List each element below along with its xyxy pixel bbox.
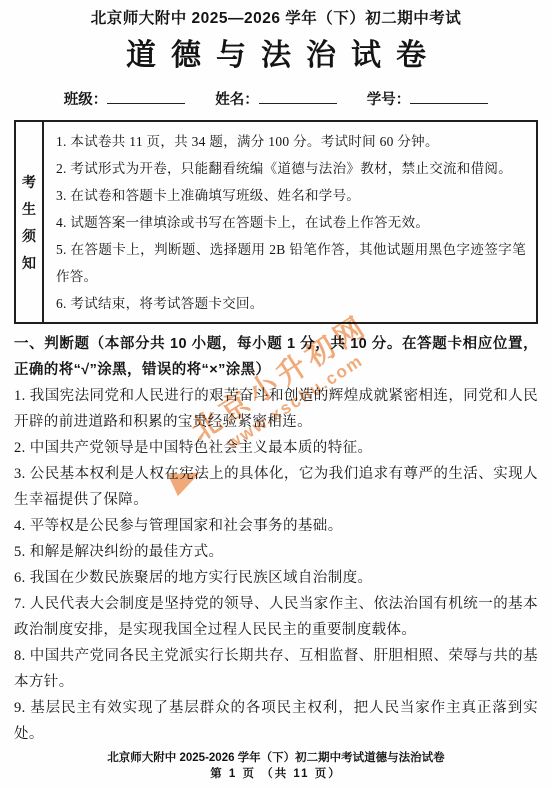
notice-side-char: 生 — [22, 199, 36, 219]
footer-paper-title: 北京师大附中 2025-2026 学年（下）初二期中考试道德与法治试卷 — [0, 750, 552, 766]
notice-item-3: 3. 在试卷和答题卡上准确填写班级、姓名和学号。 — [56, 182, 526, 209]
student-id-label: 学号： — [367, 92, 411, 108]
notice-side-label: 考 生 须 知 — [16, 122, 44, 322]
student-id-field: 学号： — [367, 88, 489, 112]
question-6: 6. 我国在少数民族聚居的地方实行民族区域自治制度。 — [14, 565, 538, 591]
question-4: 4. 平等权是公民参与管理国家和社会事务的基础。 — [14, 513, 538, 539]
class-blank-line — [107, 90, 185, 104]
question-7: 7. 人民代表大会制度是坚持党的领导、人民当家作主、依法治国有机统一的基本政治制… — [14, 591, 538, 643]
notice-side-char: 知 — [22, 253, 36, 273]
candidate-notice-box: 考 生 须 知 1. 本试卷共 11 页，共 34 题，满分 100 分。考试时… — [14, 120, 538, 324]
page-footer: 北京师大附中 2025-2026 学年（下）初二期中考试道德与法治试卷 第 1 … — [0, 750, 552, 782]
notice-item-4: 4. 试题答案一律填涂或书写在答题卡上，在试卷上作答无效。 — [56, 209, 526, 236]
section1-heading: 一、判断题（本部分共 10 小题，每小题 1 分，共 10 分。在答题卡相应位置… — [14, 331, 538, 383]
class-field: 班级： — [64, 88, 186, 112]
question-1: 1. 我国宪法同党和人民进行的艰苦奋斗和创造的辉煌成就紧密相连，同党和人民开辟的… — [14, 383, 538, 435]
name-blank-line — [259, 90, 337, 104]
notice-side-char: 考 — [22, 172, 36, 192]
notice-body: 1. 本试卷共 11 页，共 34 题，满分 100 分。考试时间 60 分钟。… — [44, 122, 536, 322]
notice-side-char: 须 — [22, 226, 36, 246]
question-5: 5. 和解是解决纠纷的最佳方式。 — [14, 539, 538, 565]
paper-title: 道德与法治试卷 — [14, 38, 538, 74]
student-id-blank-line — [410, 90, 488, 104]
notice-item-5: 5. 在答题卡上，判断题、选择题用 2B 铅笔作答，其他试题用黑色字迹签字笔作答… — [56, 236, 526, 290]
question-3: 3. 公民基本权利是人权在宪法上的具体化，它为我们追求有尊严的生活、实现人生幸福… — [14, 461, 538, 513]
notice-item-1: 1. 本试卷共 11 页，共 34 题，满分 100 分。考试时间 60 分钟。 — [56, 128, 526, 155]
notice-item-2: 2. 考试形式为开卷，只能翻看统编《道德与法治》教材，禁止交流和借阅。 — [56, 155, 526, 182]
name-field: 姓名： — [215, 88, 337, 112]
class-label: 班级： — [64, 92, 108, 108]
student-info-row: 班级： 姓名： 学号： — [14, 88, 538, 112]
question-8: 8. 中国共产党同各民主党派实行长期共存、互相监督、肝胆相照、荣辱与共的基本方针… — [14, 643, 538, 695]
school-header: 北京师大附中 2025—2026 学年（下）初二期中考试 — [14, 8, 538, 30]
notice-item-6: 6. 考试结束，将考试答题卡交回。 — [56, 290, 526, 317]
exam-paper-page: 北京师大附中 2025—2026 学年（下）初二期中考试 道德与法治试卷 班级：… — [0, 0, 552, 788]
question-9: 9. 基层民主有效实现了基层群众的各项民主权利，把人民当家作主真正落到实处。 — [14, 695, 538, 747]
name-label: 姓名： — [215, 92, 259, 108]
question-2: 2. 中国共产党领导是中国特色社会主义最本质的特征。 — [14, 435, 538, 461]
footer-page-number: 第 1 页 （共 11 页） — [0, 766, 552, 782]
